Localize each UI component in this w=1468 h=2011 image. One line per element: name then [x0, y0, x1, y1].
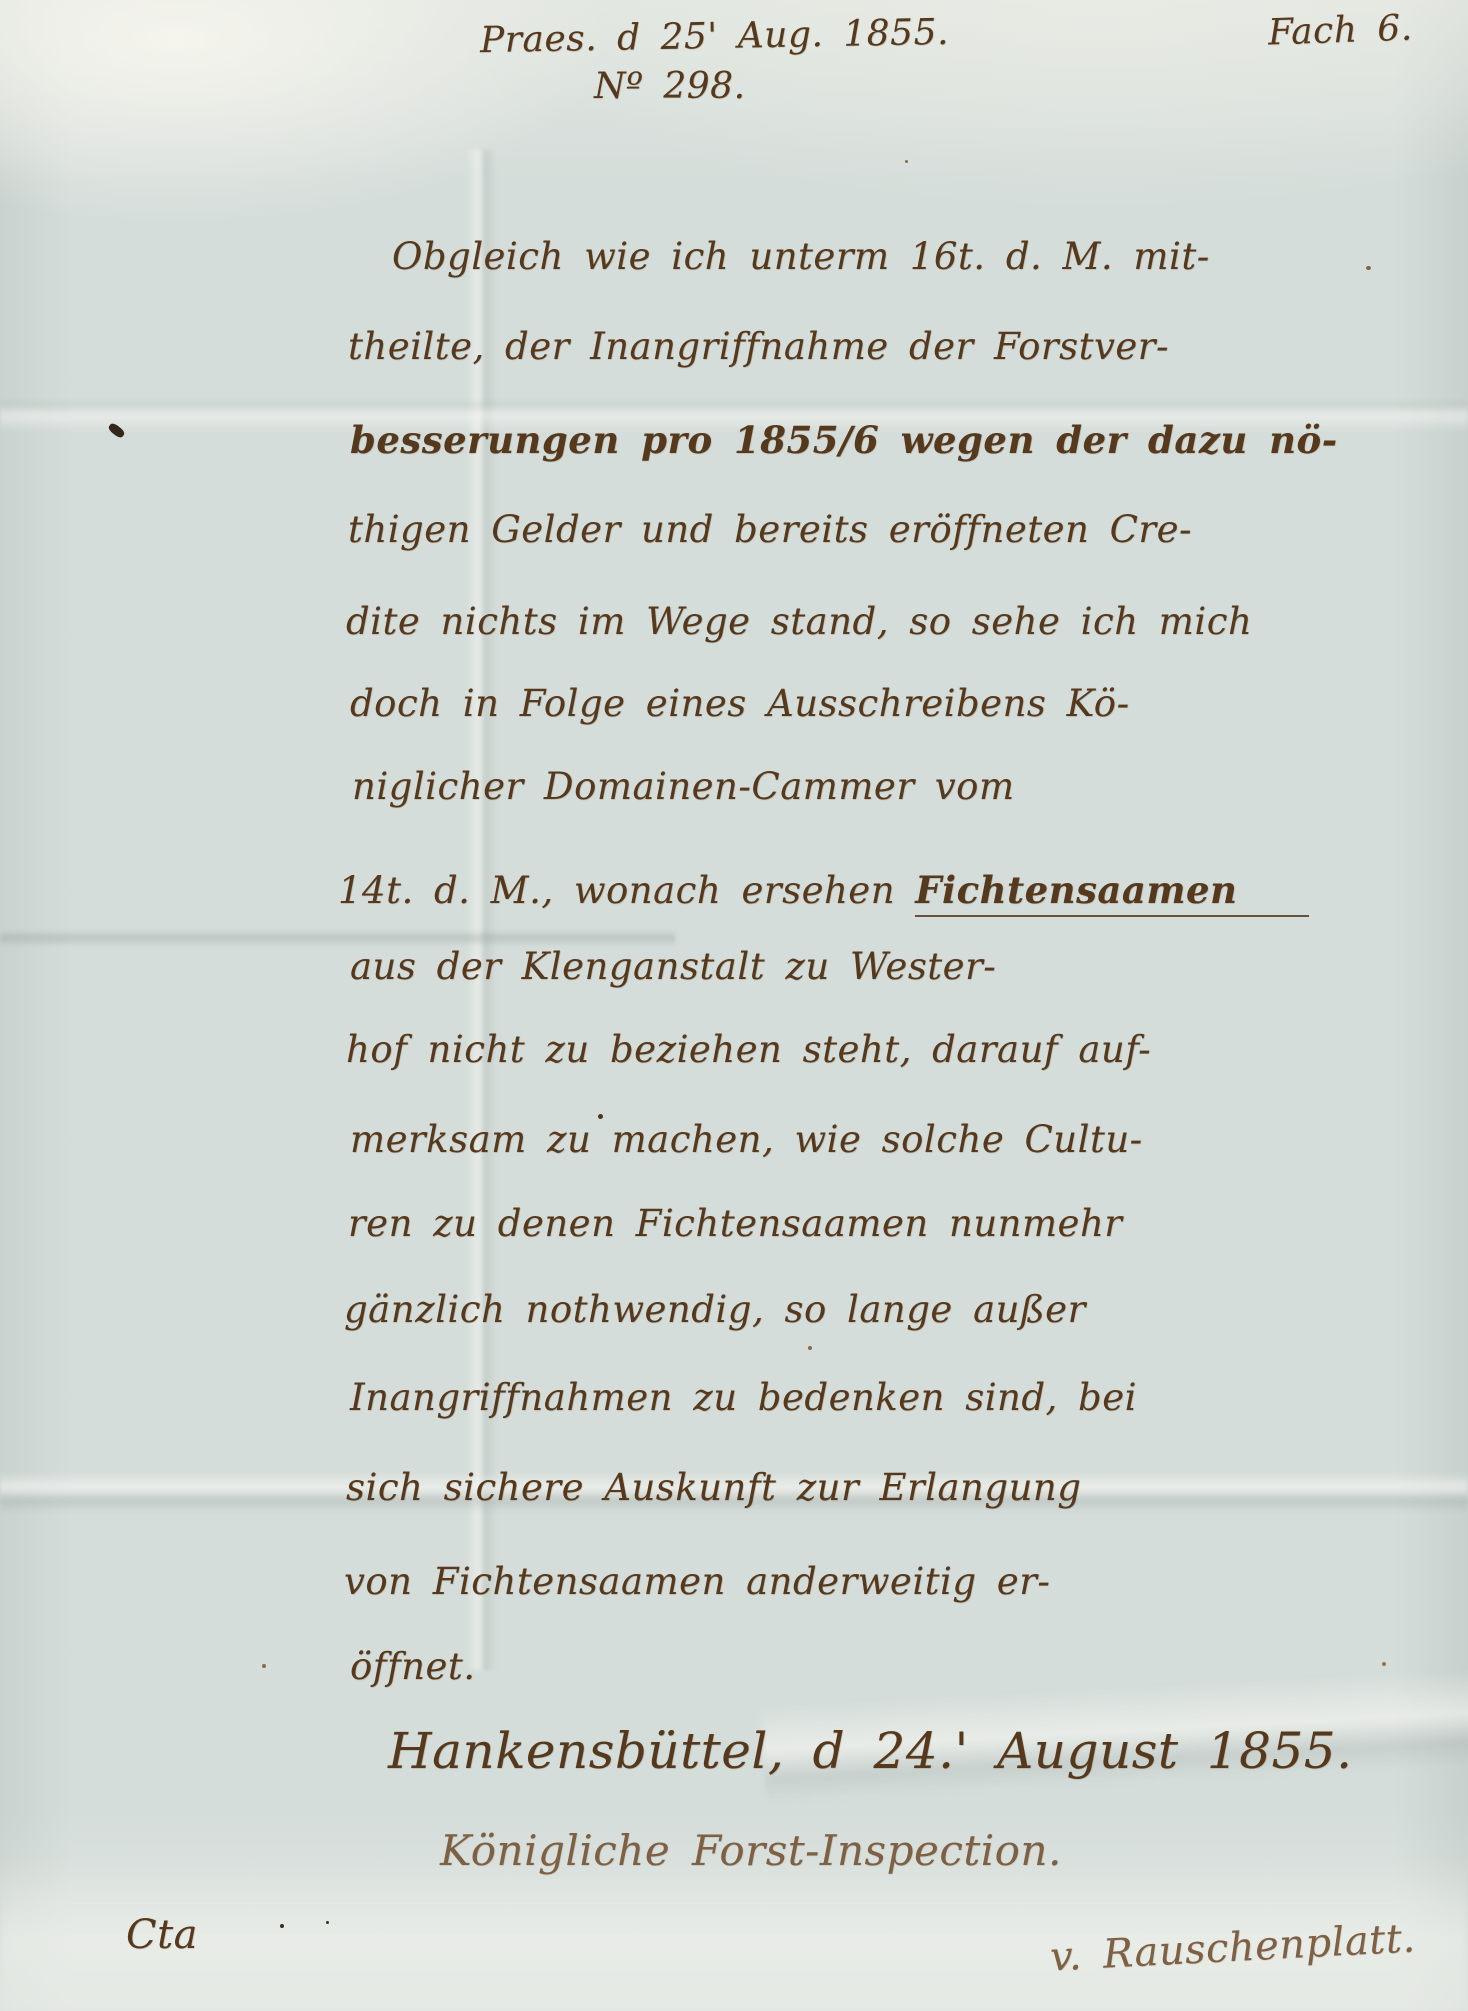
letter-scan: { "header": { "praesentatum": "Praes. d …: [0, 0, 1468, 2011]
office-line: Königliche Forst-Inspection.: [440, 1826, 1062, 1875]
body-line-with-underline: 14t. d. M., wonach ersehen Fichtensaamen: [338, 868, 1309, 913]
body-line: hof nicht zu beziehen steht, darauf auf-: [346, 1028, 1151, 1072]
paper-background: [0, 0, 1468, 2011]
praesentatum-note: Praes. d 25' Aug. 1855.: [480, 12, 950, 61]
body-line: doch in Folge eines Ausschreibens Kö-: [350, 682, 1130, 726]
body-line: Obgleich wie ich unterm 16t. d. M. mit-: [392, 235, 1210, 279]
body-line: merksam zu machen, wie solche Cultu-: [350, 1118, 1143, 1162]
docket-note: Cta: [126, 1912, 198, 1958]
body-line: dite nichts im Wege stand, so sehe ich m…: [346, 600, 1252, 644]
body-line: ren zu denen Fichtensaamen nunmehr: [348, 1202, 1122, 1246]
body-line: sich sichere Auskunft zur Erlangung: [346, 1466, 1081, 1510]
file-reference-note: Fach 6.: [1267, 7, 1413, 53]
body-line: thigen Gelder und bereits eröffneten Cre…: [348, 508, 1192, 552]
document-number-note: Nº 298.: [594, 66, 746, 107]
body-line: theilte, der Inangriffnahme der Forstver…: [348, 325, 1169, 369]
body-line: besserungen pro 1855/6 wegen der dazu nö…: [350, 418, 1338, 462]
place-date-line: Hankensbüttel, d 24.' August 1855.: [388, 1722, 1353, 1780]
body-line: gänzlich nothwendig, so lange außer: [344, 1288, 1086, 1332]
body-line: von Fichtensaamen anderweitig er-: [344, 1560, 1050, 1604]
body-line: öffnet.: [350, 1645, 476, 1689]
body-line: aus der Klenganstalt zu Wester-: [350, 945, 996, 989]
underlined-word: Fichtensaamen: [915, 868, 1309, 917]
body-line-text: 14t. d. M., wonach ersehen: [338, 869, 915, 912]
body-line: niglicher Domainen-Cammer vom: [352, 765, 1015, 809]
body-line: Inangriffnahmen zu bedenken sind, bei: [350, 1376, 1137, 1420]
